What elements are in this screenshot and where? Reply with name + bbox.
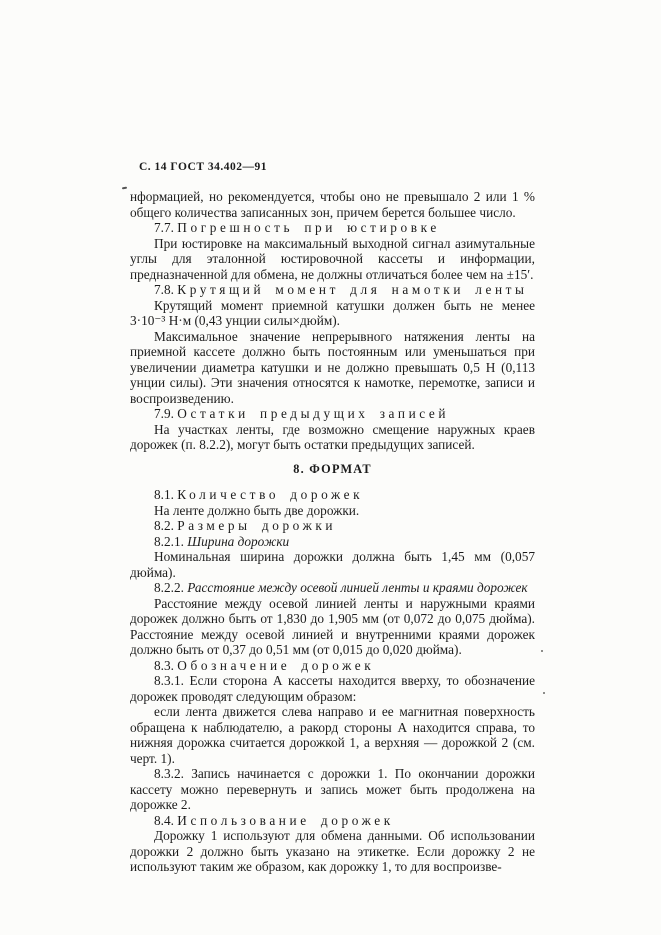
heading-number: 8.2.2. <box>154 580 184 595</box>
heading-number: 8.1. <box>154 487 174 502</box>
document-body: нформацией, но рекомендуется, чтобы оно … <box>130 189 535 875</box>
chapter-heading-format: 8. ФОРМАТ <box>130 462 535 478</box>
paragraph-continuation: нформацией, но рекомендуется, чтобы оно … <box>130 189 535 220</box>
section-heading-8-2: 8.2. Размеры дорожки <box>130 518 535 534</box>
scan-artifact-dash <box>122 187 127 190</box>
paragraph: Расстояние между осевой линией ленты и н… <box>130 596 535 658</box>
subsection-heading-8-2-2: 8.2.2. Расстояние между осевой линией ле… <box>130 580 535 596</box>
heading-number: 7.9. <box>154 406 174 421</box>
paragraph: При юстировке на максимальный выходной с… <box>130 236 535 283</box>
heading-title: Ширина дорожки <box>187 534 289 549</box>
section-heading-7-9: 7.9. Остатки предыдущих записей <box>130 406 535 422</box>
section-heading-7-8: 7.8. Крутящий момент для намотки ленты <box>130 282 535 298</box>
subsection-heading-8-2-1: 8.2.1. Ширина дорожки <box>130 534 535 550</box>
section-heading-8-1: 8.1. Количество дорожек <box>130 487 535 503</box>
heading-title: Крутящий момент для намотки ленты <box>177 282 527 297</box>
heading-number: 7.7. <box>154 220 174 235</box>
document-page: С. 14 ГОСТ 34.402—91 нформацией, но реко… <box>0 0 661 935</box>
heading-number: 8.4. <box>154 813 174 828</box>
paragraph: Дорожку 1 используют для обмена данными.… <box>130 828 535 875</box>
heading-title: Остатки предыдущих записей <box>177 406 449 421</box>
heading-title: Расстояние между осевой линией ленты и к… <box>187 580 527 595</box>
heading-title: Количество дорожек <box>177 487 363 502</box>
scan-speck <box>541 650 543 652</box>
paragraph: если лента движется слева направо и ее м… <box>130 704 535 766</box>
paragraph: Максимальное значение непрерывного натяж… <box>130 329 535 407</box>
heading-number: 8.2.1. <box>154 534 184 549</box>
heading-title: Погрешность при юстировке <box>177 220 440 235</box>
section-heading-7-7: 7.7. Погрешность при юстировке <box>130 220 535 236</box>
heading-title: Размеры дорожки <box>177 518 336 533</box>
scan-speck <box>543 692 545 694</box>
running-header: С. 14 ГОСТ 34.402—91 <box>139 161 267 173</box>
section-heading-8-4: 8.4. Использование дорожек <box>130 813 535 829</box>
paragraph: 8.3.1. Если сторона А кассеты находится … <box>130 673 535 704</box>
paragraph: На участках ленты, где возможно смещение… <box>130 422 535 453</box>
heading-title: Использование дорожек <box>177 813 394 828</box>
heading-title: Обозначение дорожек <box>177 658 374 673</box>
heading-number: 8.2. <box>154 518 174 533</box>
paragraph: Крутящий момент приемной катушки должен … <box>130 298 535 329</box>
paragraph: 8.3.2. Запись начинается с дорожки 1. По… <box>130 766 535 813</box>
paragraph: На ленте должно быть две дорожки. <box>130 503 535 519</box>
paragraph: Номинальная ширина дорожки должна быть 1… <box>130 549 535 580</box>
heading-number: 8.3. <box>154 658 174 673</box>
section-heading-8-3: 8.3. Обозначение дорожек <box>130 658 535 674</box>
heading-number: 7.8. <box>154 282 174 297</box>
